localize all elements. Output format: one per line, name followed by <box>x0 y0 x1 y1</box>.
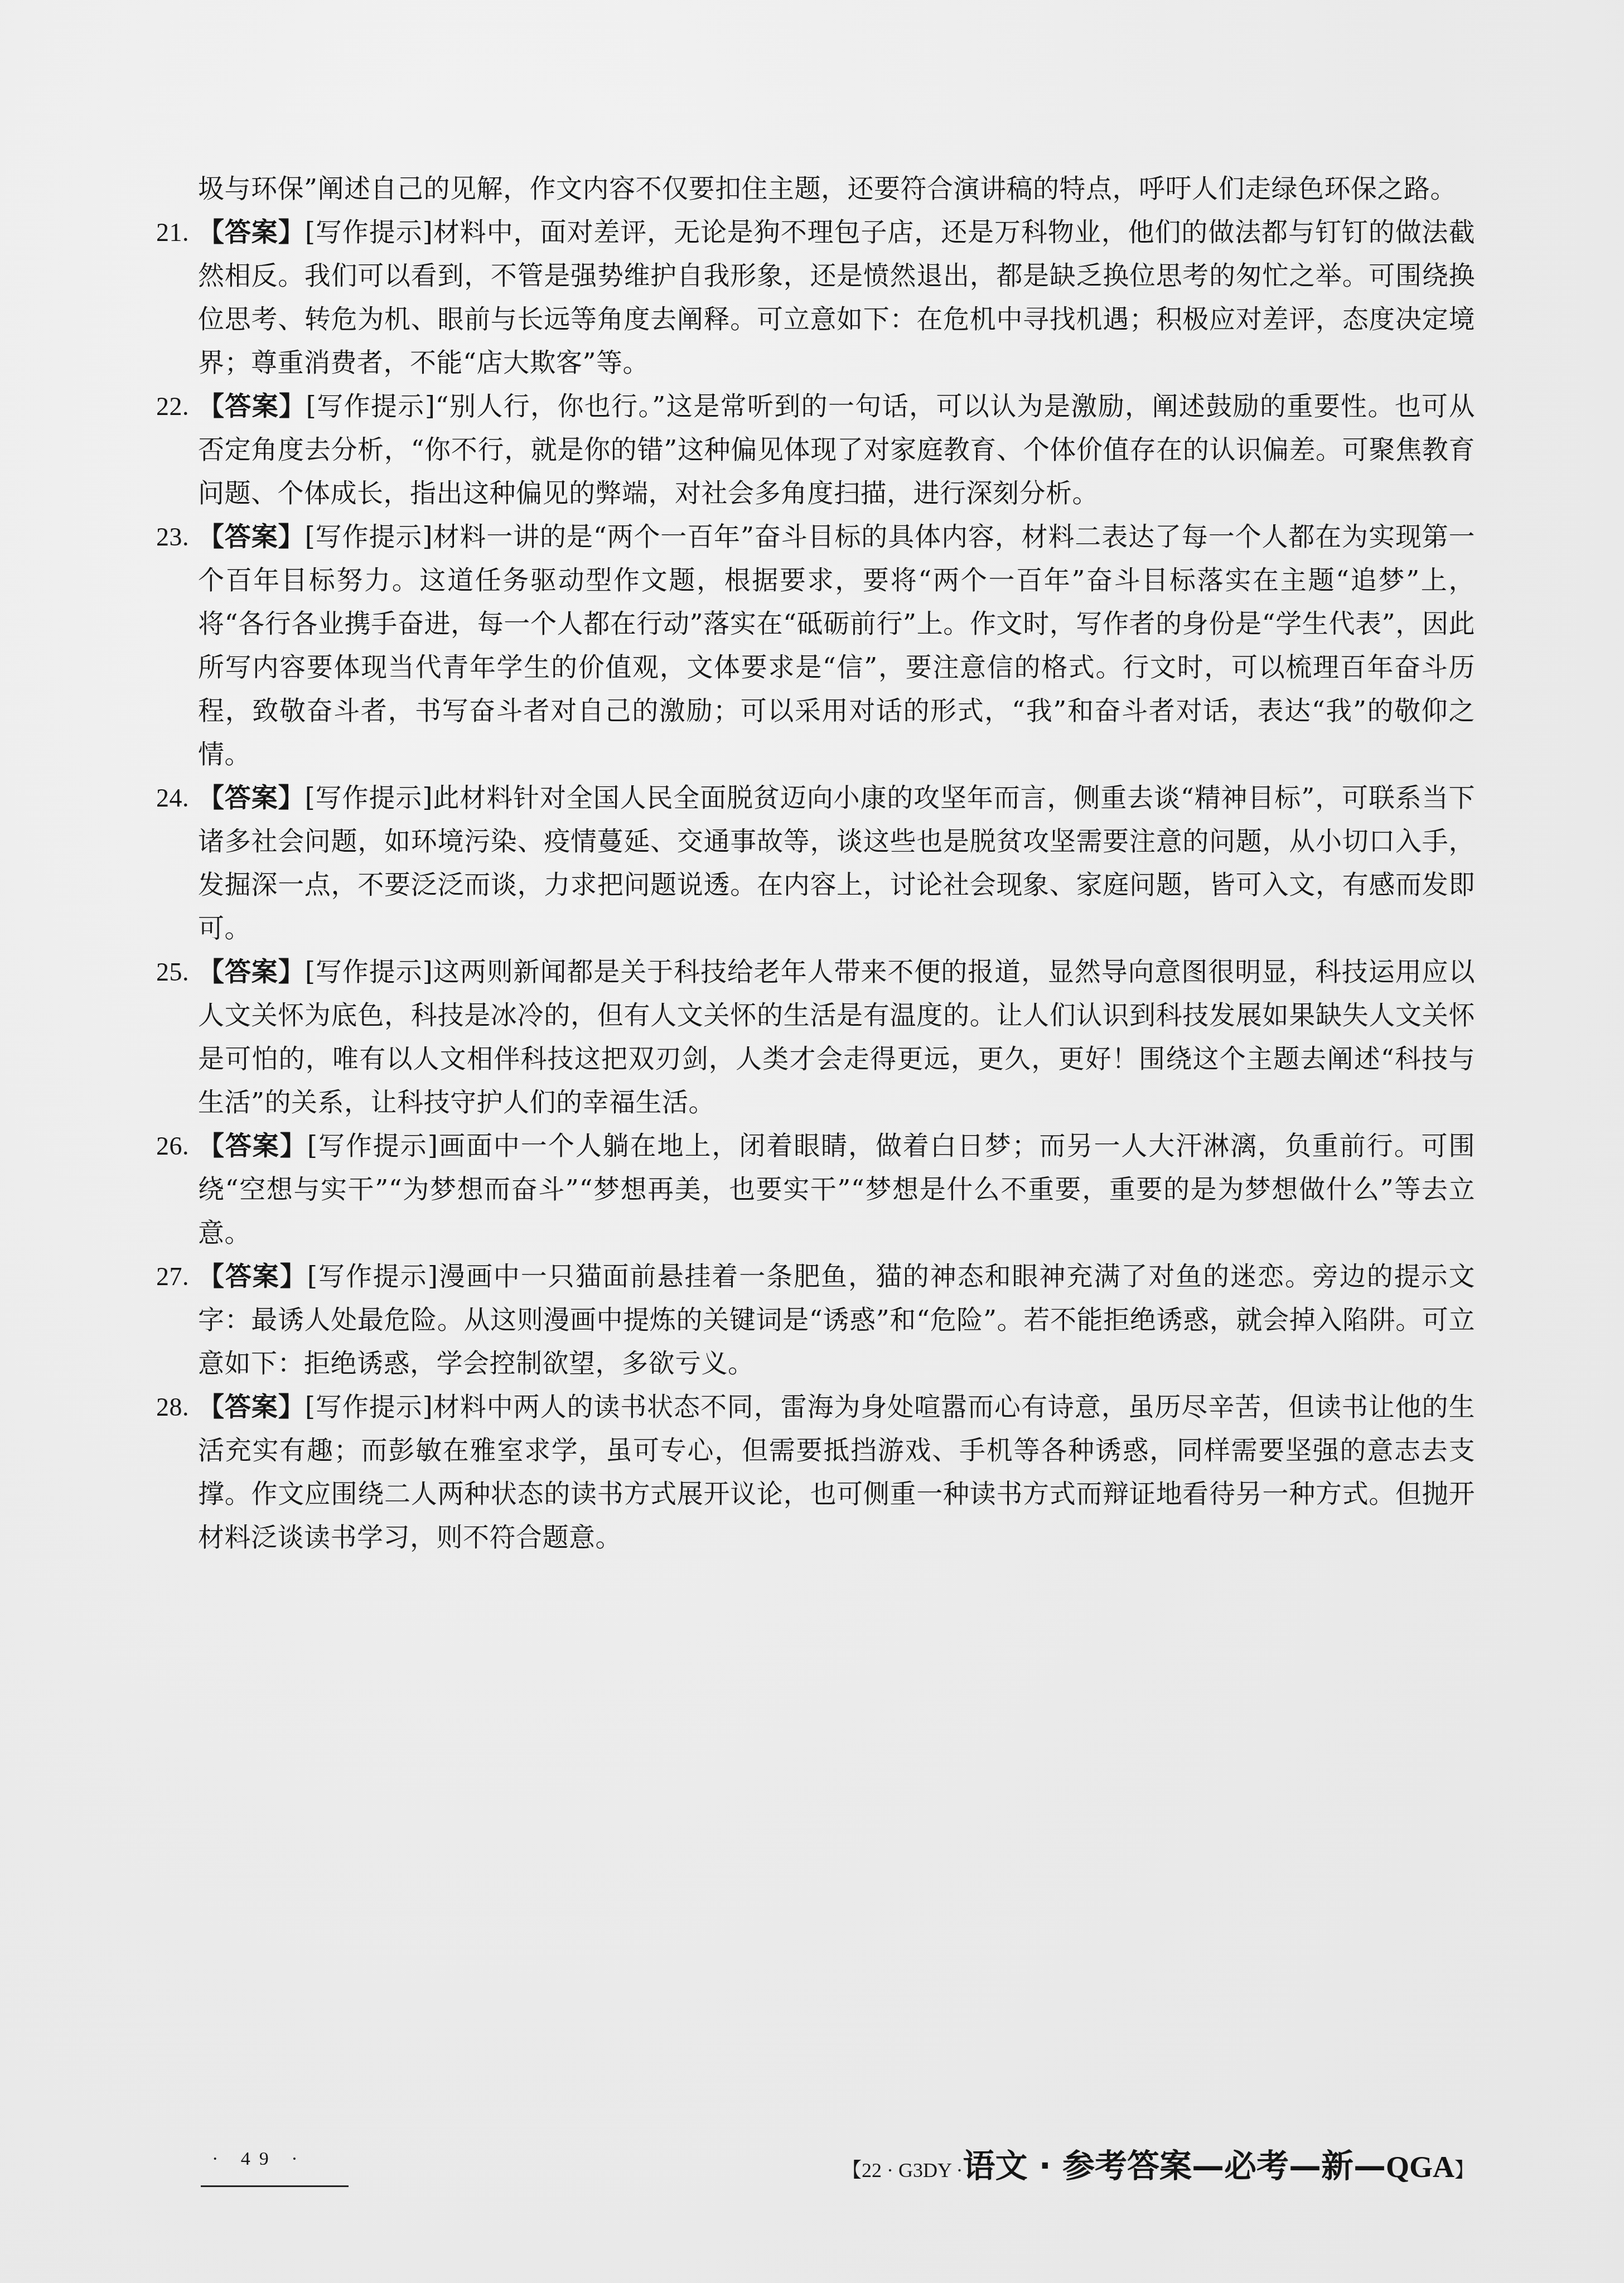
question-number: 23. <box>156 515 189 559</box>
continuation-paragraph: 圾与环保”阐述自己的见解，作文内容不仅要扣住主题，还要符合演讲稿的特点，呼吁人们… <box>198 167 1475 211</box>
page-number-underline <box>201 2185 349 2187</box>
hint-tag: [写作提示] <box>305 957 433 987</box>
hint-tag: [写作提示] <box>307 1261 438 1292</box>
question-number: 26. <box>156 1124 189 1168</box>
answer-item-28: 28. 【答案】[写作提示]材料中两人的读书状态不同，雷海为身处喧嚣而心有诗意，… <box>198 1386 1475 1560</box>
hint-tag: [写作提示] <box>306 391 435 422</box>
hint-tag: [写作提示] <box>305 217 433 248</box>
hint-tag: [写作提示] <box>305 522 433 552</box>
answer-tag: 【答案】 <box>198 217 305 248</box>
answer-tag: 【答案】 <box>198 783 305 813</box>
question-number: 21. <box>156 211 189 254</box>
book-code-suffix: QGA <box>1386 2150 1454 2184</box>
hint-tag: [写作提示] <box>307 1131 438 1161</box>
answer-tag: 【答案】 <box>198 1131 307 1161</box>
question-number: 27. <box>156 1255 189 1299</box>
question-number: 22. <box>156 385 189 428</box>
page-number: · 49 · <box>212 2149 307 2170</box>
answer-item-27: 27. 【答案】[写作提示]漫画中一只猫面前悬挂着一条肥鱼，猫的神态和眼神充满了… <box>198 1255 1475 1386</box>
book-code-prefix: 【22 · G3DY · <box>842 2155 963 2183</box>
answer-item-21: 21. 【答案】[写作提示]材料中，面对差评，无论是狗不理包子店，还是万科物业，… <box>198 211 1475 385</box>
answer-tag: 【答案】 <box>198 1261 307 1292</box>
book-subject-title: 语文 · 参考答案—必考—新— <box>963 2140 1386 2187</box>
book-code: 【22 · G3DY · 语文 · 参考答案—必考—新— QGA 】 <box>842 2140 1475 2187</box>
answer-tag: 【答案】 <box>198 391 306 422</box>
answer-page-body: 圾与环保”阐述自己的见解，作文内容不仅要扣住主题，还要符合演讲稿的特点，呼吁人们… <box>198 167 1475 1560</box>
question-number: 25. <box>156 950 189 994</box>
book-code-close: 】 <box>1454 2155 1475 2183</box>
hint-tag: [写作提示] <box>305 783 433 813</box>
hint-tag: [写作提示] <box>305 1392 433 1422</box>
page-footer: · 49 · 【22 · G3DY · 语文 · 参考答案—必考—新— QGA … <box>0 2136 1624 2187</box>
answer-text: 材料一讲的是“两个一百年”奋斗目标的具体内容，材料二表达了每一个人都在为实现第一… <box>198 522 1475 770</box>
answer-tag: 【答案】 <box>198 522 305 552</box>
answer-tag: 【答案】 <box>198 1392 305 1422</box>
answer-tag: 【答案】 <box>198 957 305 987</box>
answer-item-24: 24. 【答案】[写作提示]此材料针对全国人民全面脱贫迈向小康的攻坚年而言，侧重… <box>198 776 1475 950</box>
question-number: 24. <box>156 776 189 820</box>
answer-item-22: 22. 【答案】[写作提示]“别人行，你也行。”这是常听到的一句话，可以认为是激… <box>198 385 1475 515</box>
answer-item-25: 25. 【答案】[写作提示]这两则新闻都是关于科技给老年人带来不便的报道，显然导… <box>198 950 1475 1124</box>
question-number: 28. <box>156 1386 189 1429</box>
answer-item-26: 26. 【答案】[写作提示]画面中一个人躺在地上，闭着眼睛，做着白日梦；而另一人… <box>198 1124 1475 1255</box>
answer-item-23: 23. 【答案】[写作提示]材料一讲的是“两个一百年”奋斗目标的具体内容，材料二… <box>198 515 1475 776</box>
